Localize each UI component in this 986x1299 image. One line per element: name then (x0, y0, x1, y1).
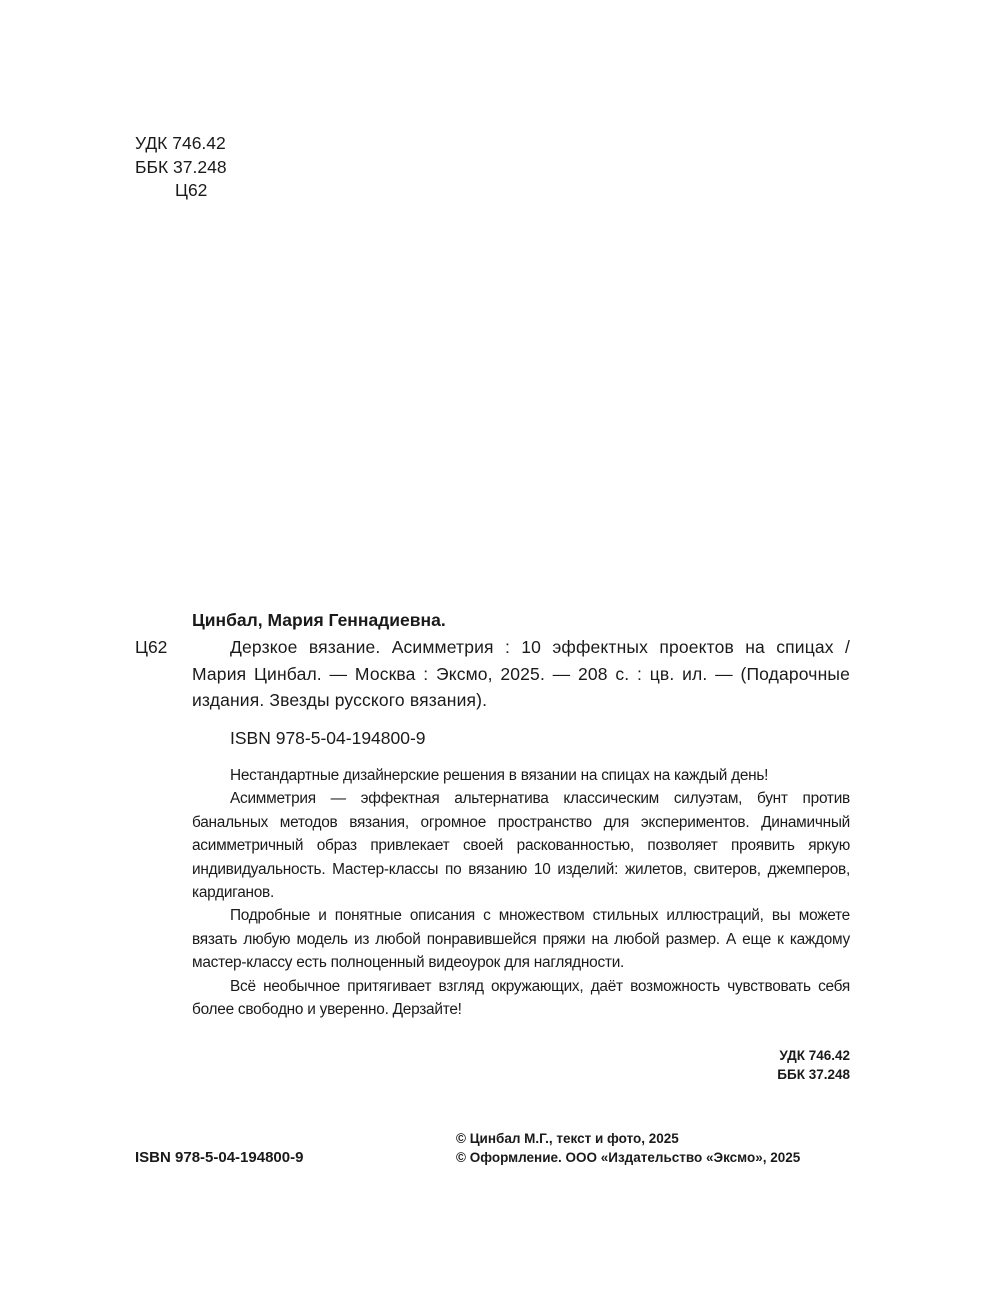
copyright-author: © Цинбал М.Г., текст и фото, 2025 (456, 1130, 800, 1149)
copyright-block: © Цинбал М.Г., текст и фото, 2025 © Офор… (456, 1130, 800, 1168)
record-isbn: ISBN 978-5-04-194800-9 (230, 727, 426, 749)
copyright-design: © Оформление. ООО «Издательство «Эксмо»,… (456, 1149, 800, 1168)
record-cutter-code: Ц62 (135, 636, 167, 658)
udk-code: УДК 746.42 (135, 132, 227, 156)
bibliographic-description: Дерзкое вязание. Асимметрия : 10 эффектн… (192, 634, 850, 714)
cutter-code: Ц62 (135, 179, 227, 203)
footer-udk-code: УДК 746.42 (777, 1047, 850, 1066)
footer-isbn: ISBN 978-5-04-194800-9 (135, 1148, 303, 1168)
classification-codes-top: УДК 746.42 ББК 37.248 Ц62 (135, 132, 227, 203)
annotation-paragraph: Подробные и понятные описания с множеств… (192, 904, 850, 974)
annotation-paragraph: Нестандартные дизайнерские решения в вяз… (192, 764, 850, 787)
footer-bbk-code: ББК 37.248 (777, 1066, 850, 1085)
annotation-paragraph: Асимметрия — эффектная альтернатива клас… (192, 787, 850, 904)
classification-codes-bottom: УДК 746.42 ББК 37.248 (777, 1047, 850, 1084)
annotation-paragraph: Всё необычное притягивает взгляд окружаю… (192, 975, 850, 1022)
annotation: Нестандартные дизайнерские решения в вяз… (192, 764, 850, 1021)
bbk-code: ББК 37.248 (135, 156, 227, 180)
author-heading: Цинбал, Мария Геннадиевна. (192, 609, 446, 631)
